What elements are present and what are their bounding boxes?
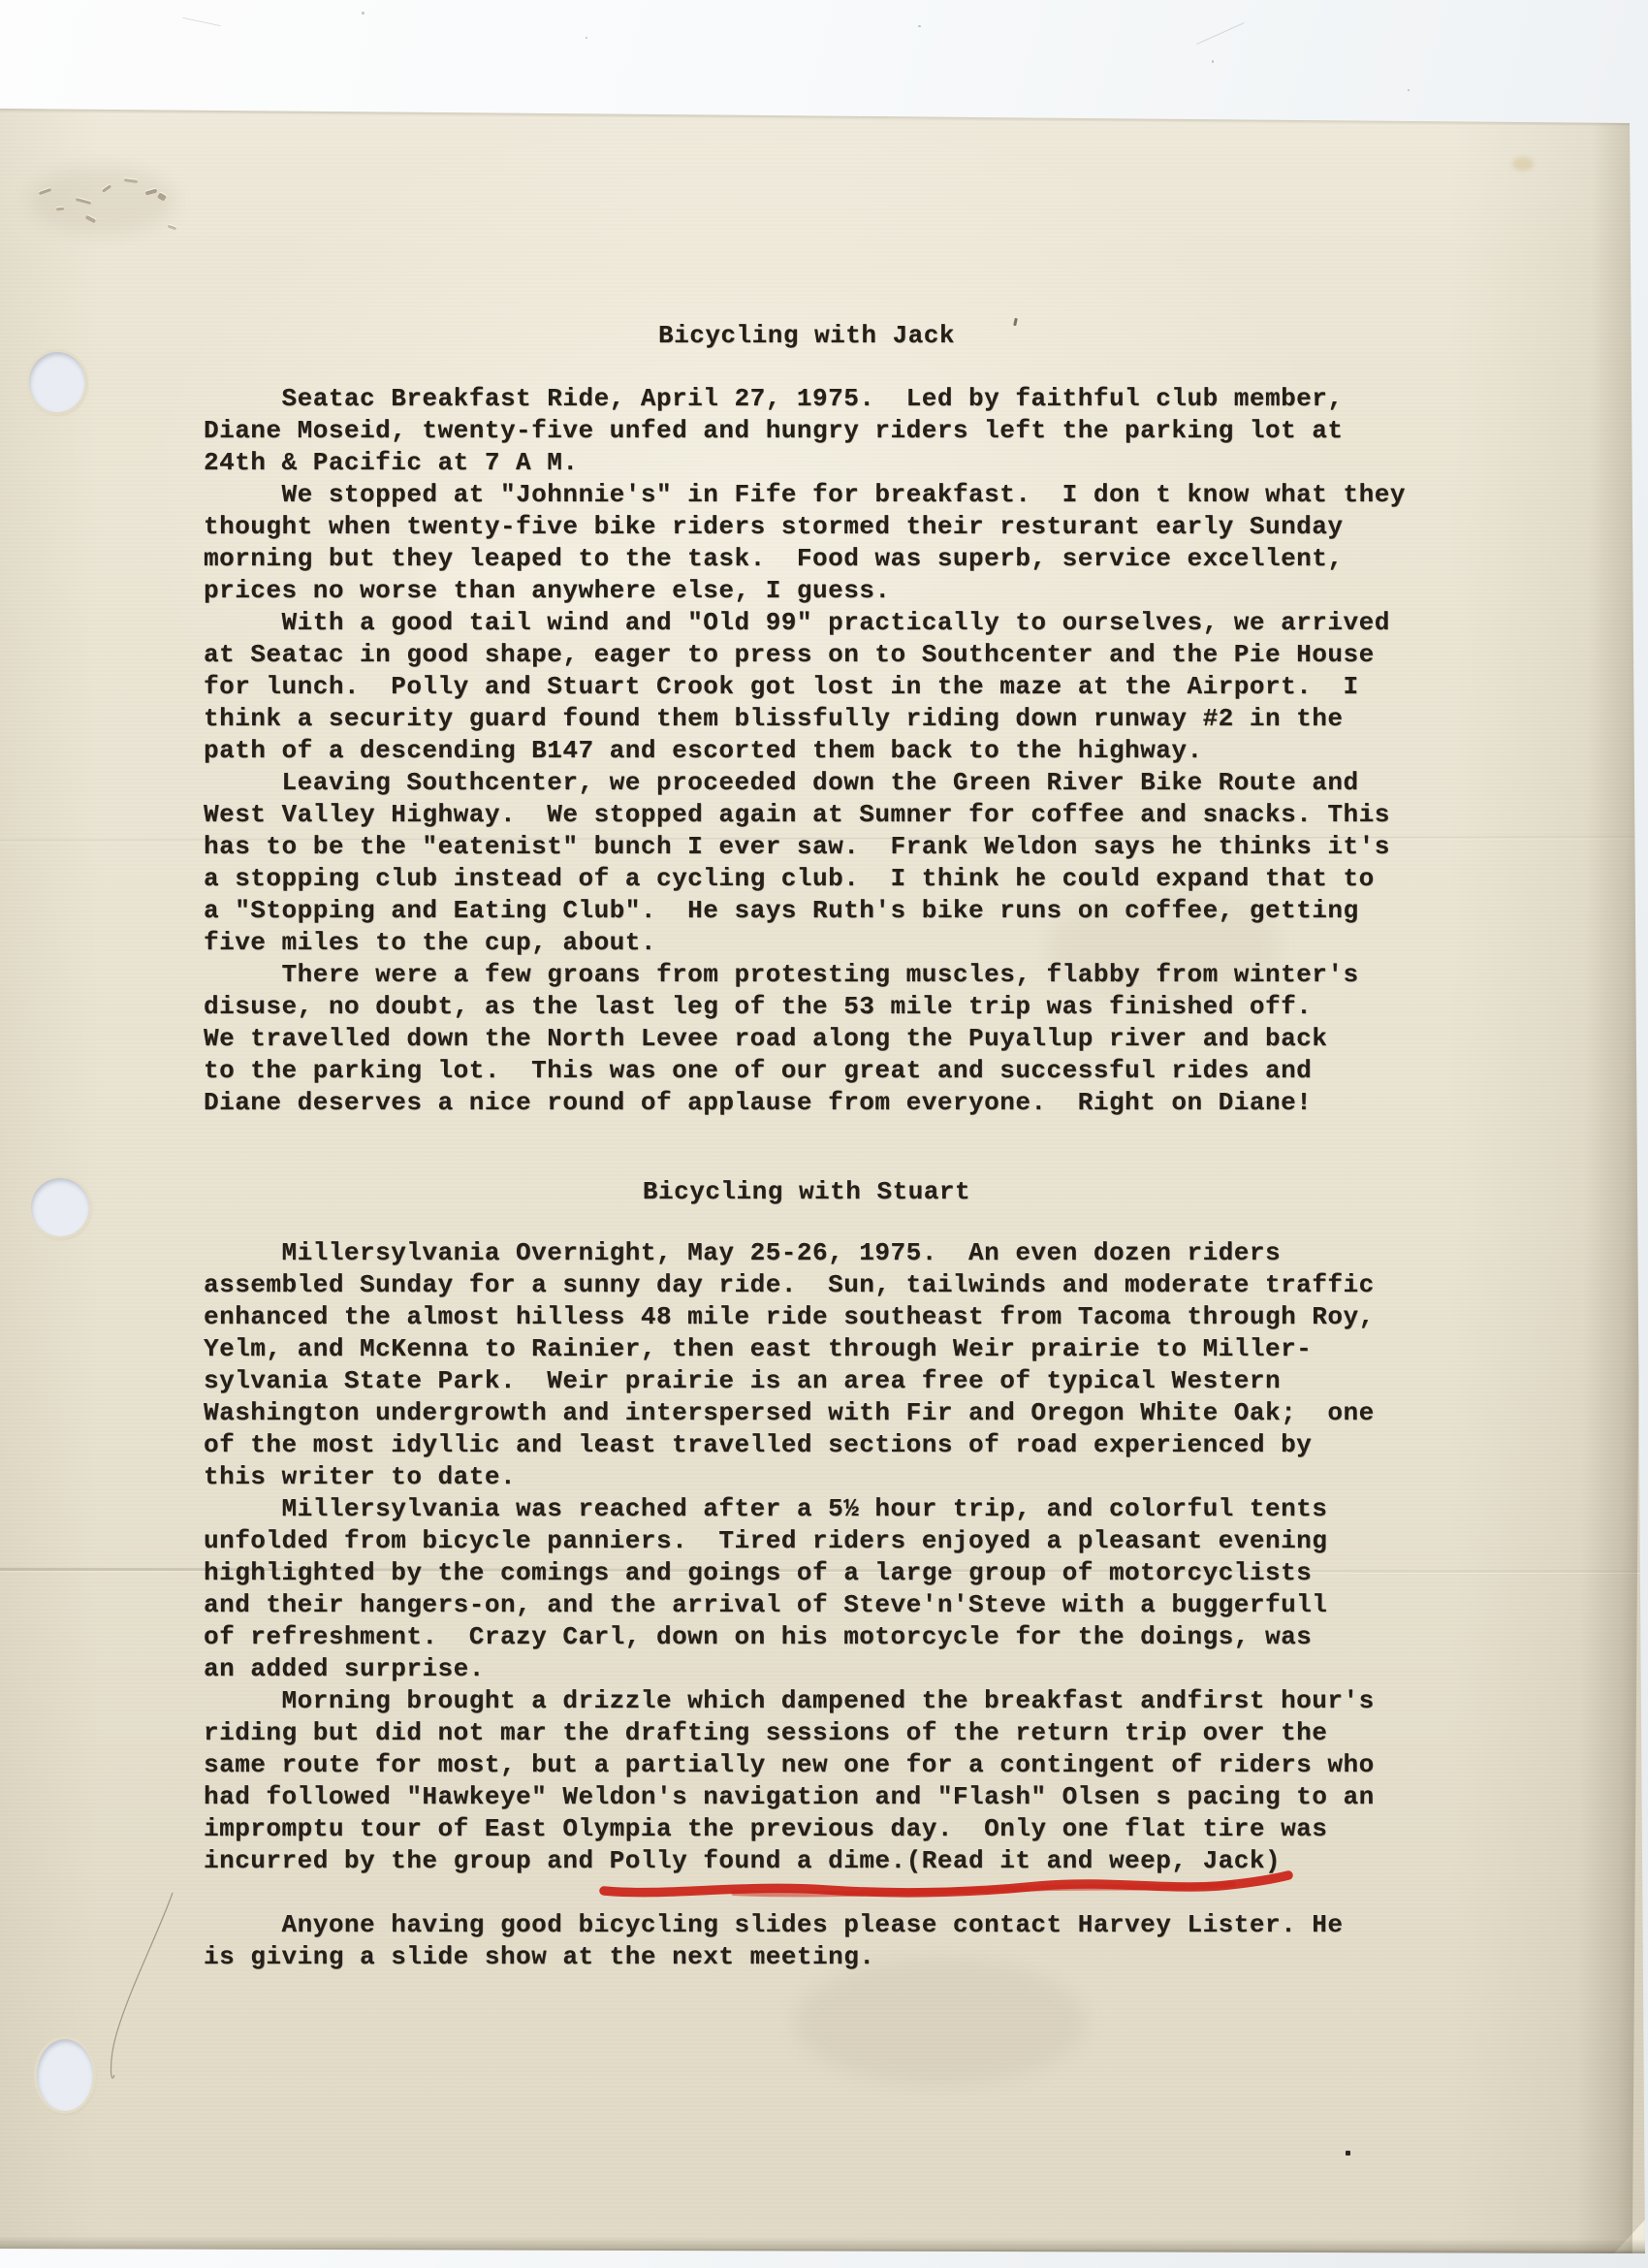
paragraph: With a good tail wind and "Old 99" pract…	[204, 607, 1444, 767]
text-line: at Seatac in good shape, eager to press …	[204, 639, 1444, 671]
text-line: Diane Moseid, twenty-five unfed and hung…	[204, 415, 1444, 447]
dust-speck	[1212, 60, 1214, 63]
paragraph: Anyone having good bicycling slides plea…	[204, 1909, 1444, 1973]
scanned-newsletter-page: { "page": { "kind": "scanned typewritten…	[0, 0, 1648, 2268]
text-line: Seatac Breakfast Ride, April 27, 1975. L…	[204, 383, 1444, 415]
paragraph: Millersylvania was reached after a 5½ ho…	[204, 1493, 1444, 1685]
text-line: Millersylvania was reached after a 5½ ho…	[204, 1493, 1444, 1525]
text-line: assembled Sunday for a sunny day ride. S…	[204, 1269, 1444, 1301]
text-line: riding but did not mar the drafting sess…	[204, 1717, 1444, 1749]
text-line: had followed "Hawkeye" Weldon's navigati…	[204, 1781, 1444, 1813]
underlined-text: Polly found a dime.(Read it and weep, Ja…	[610, 1845, 1281, 1877]
punch-hole	[37, 2039, 93, 2111]
text-line: There were a few groans from protesting …	[204, 959, 1444, 991]
text-line: 24th & Pacific at 7 A M.	[204, 447, 1444, 479]
typed-text-column: Bicycling with Jack Seatac Breakfast Rid…	[204, 0, 1444, 2268]
text-line: of refreshment. Crazy Carl, down on his …	[204, 1621, 1444, 1653]
text-line: We travelled down the North Levee road a…	[204, 1023, 1444, 1055]
text-line: for lunch. Polly and Stuart Crook got lo…	[204, 671, 1444, 703]
section-title: Bicycling with Stuart	[186, 1176, 1427, 1208]
text-line: same route for most, but a partially new…	[204, 1749, 1444, 1781]
text-line: is giving a slide show at the next meeti…	[204, 1941, 1444, 1973]
punch-hole	[29, 352, 85, 412]
text-line: to the parking lot. This was one of our …	[204, 1055, 1444, 1087]
text-line: We stopped at "Johnnie's" in Fife for br…	[204, 479, 1444, 511]
dust-speck	[586, 37, 587, 39]
text-line: enhanced the almost hilless 48 mile ride…	[204, 1301, 1444, 1333]
text-line: Anyone having good bicycling slides plea…	[204, 1909, 1444, 1941]
text-line: a "Stopping and Eating Club". He says Ru…	[204, 895, 1444, 927]
text-line: highlighted by the comings and goings of…	[204, 1557, 1444, 1589]
text-line: Millersylvania Overnight, May 25-26, 197…	[204, 1237, 1444, 1269]
dust-speck	[362, 12, 364, 15]
text-line: five miles to the cup, about.	[204, 927, 1444, 959]
text-line: of the most idyllic and least travelled …	[204, 1429, 1444, 1461]
dust-speck	[1408, 89, 1410, 91]
text-line: impromptu tour of East Olympia the previ…	[204, 1813, 1444, 1845]
paper-fleck	[1512, 157, 1534, 171]
text-line: With a good tail wind and "Old 99" pract…	[204, 607, 1444, 639]
text-line: this writer to date.	[204, 1461, 1444, 1493]
text-line: a stopping club instead of a cycling clu…	[204, 863, 1444, 895]
text-segment: incurred by the group and	[204, 1846, 610, 1875]
text-line: Yelm, and McKenna to Rainier, then east …	[204, 1333, 1444, 1365]
paragraph: Morning brought a drizzle which dampened…	[204, 1685, 1444, 1877]
text-line: West Valley Highway. We stopped again at…	[204, 799, 1444, 831]
punch-hole	[31, 1178, 89, 1236]
text-line: disuse, no doubt, as the last leg of the…	[204, 991, 1444, 1023]
paper-sheet: Bicycling with Jack Seatac Breakfast Rid…	[0, 0, 1648, 2268]
paragraph: Seatac Breakfast Ride, April 27, 1975. L…	[204, 383, 1444, 479]
paragraph: Leaving Southcenter, we proceeded down t…	[204, 767, 1444, 959]
text-line: unfolded from bicycle panniers. Tired ri…	[204, 1525, 1444, 1557]
text-line: sylvania State Park. Weir prairie is an …	[204, 1365, 1444, 1397]
text-line: has to be the "eatenist" bunch I ever sa…	[204, 831, 1444, 863]
paragraph: Millersylvania Overnight, May 25-26, 197…	[204, 1237, 1444, 1493]
text-line: Diane deserves a nice round of applause …	[204, 1087, 1444, 1119]
crumple-shadow	[29, 167, 174, 235]
text-line: path of a descending B147 and escorted t…	[204, 735, 1444, 767]
text-line: and their hangers-on, and the arrival of…	[204, 1589, 1444, 1621]
text-line: incurred by the group and Polly found a …	[204, 1845, 1444, 1877]
red-marker-underline	[598, 1868, 1294, 1904]
text-line: Leaving Southcenter, we proceeded down t…	[204, 767, 1444, 799]
dust-speck	[918, 25, 921, 27]
section-title: Bicycling with Jack	[186, 320, 1427, 352]
paragraph: We stopped at "Johnnie's" in Fife for br…	[204, 479, 1444, 607]
text-line: Washington undergrowth and interspersed …	[204, 1397, 1444, 1429]
text-line: thought when twenty-five bike riders sto…	[204, 511, 1444, 543]
paragraph: There were a few groans from protesting …	[204, 959, 1444, 1119]
text-line: prices no worse than anywhere else, I gu…	[204, 575, 1444, 607]
text-line: Morning brought a drizzle which dampened…	[204, 1685, 1444, 1717]
text-line: an added surprise.	[204, 1653, 1444, 1685]
text-line: morning but they leaped to the task. Foo…	[204, 543, 1444, 575]
text-line: think a security guard found them blissf…	[204, 703, 1444, 735]
